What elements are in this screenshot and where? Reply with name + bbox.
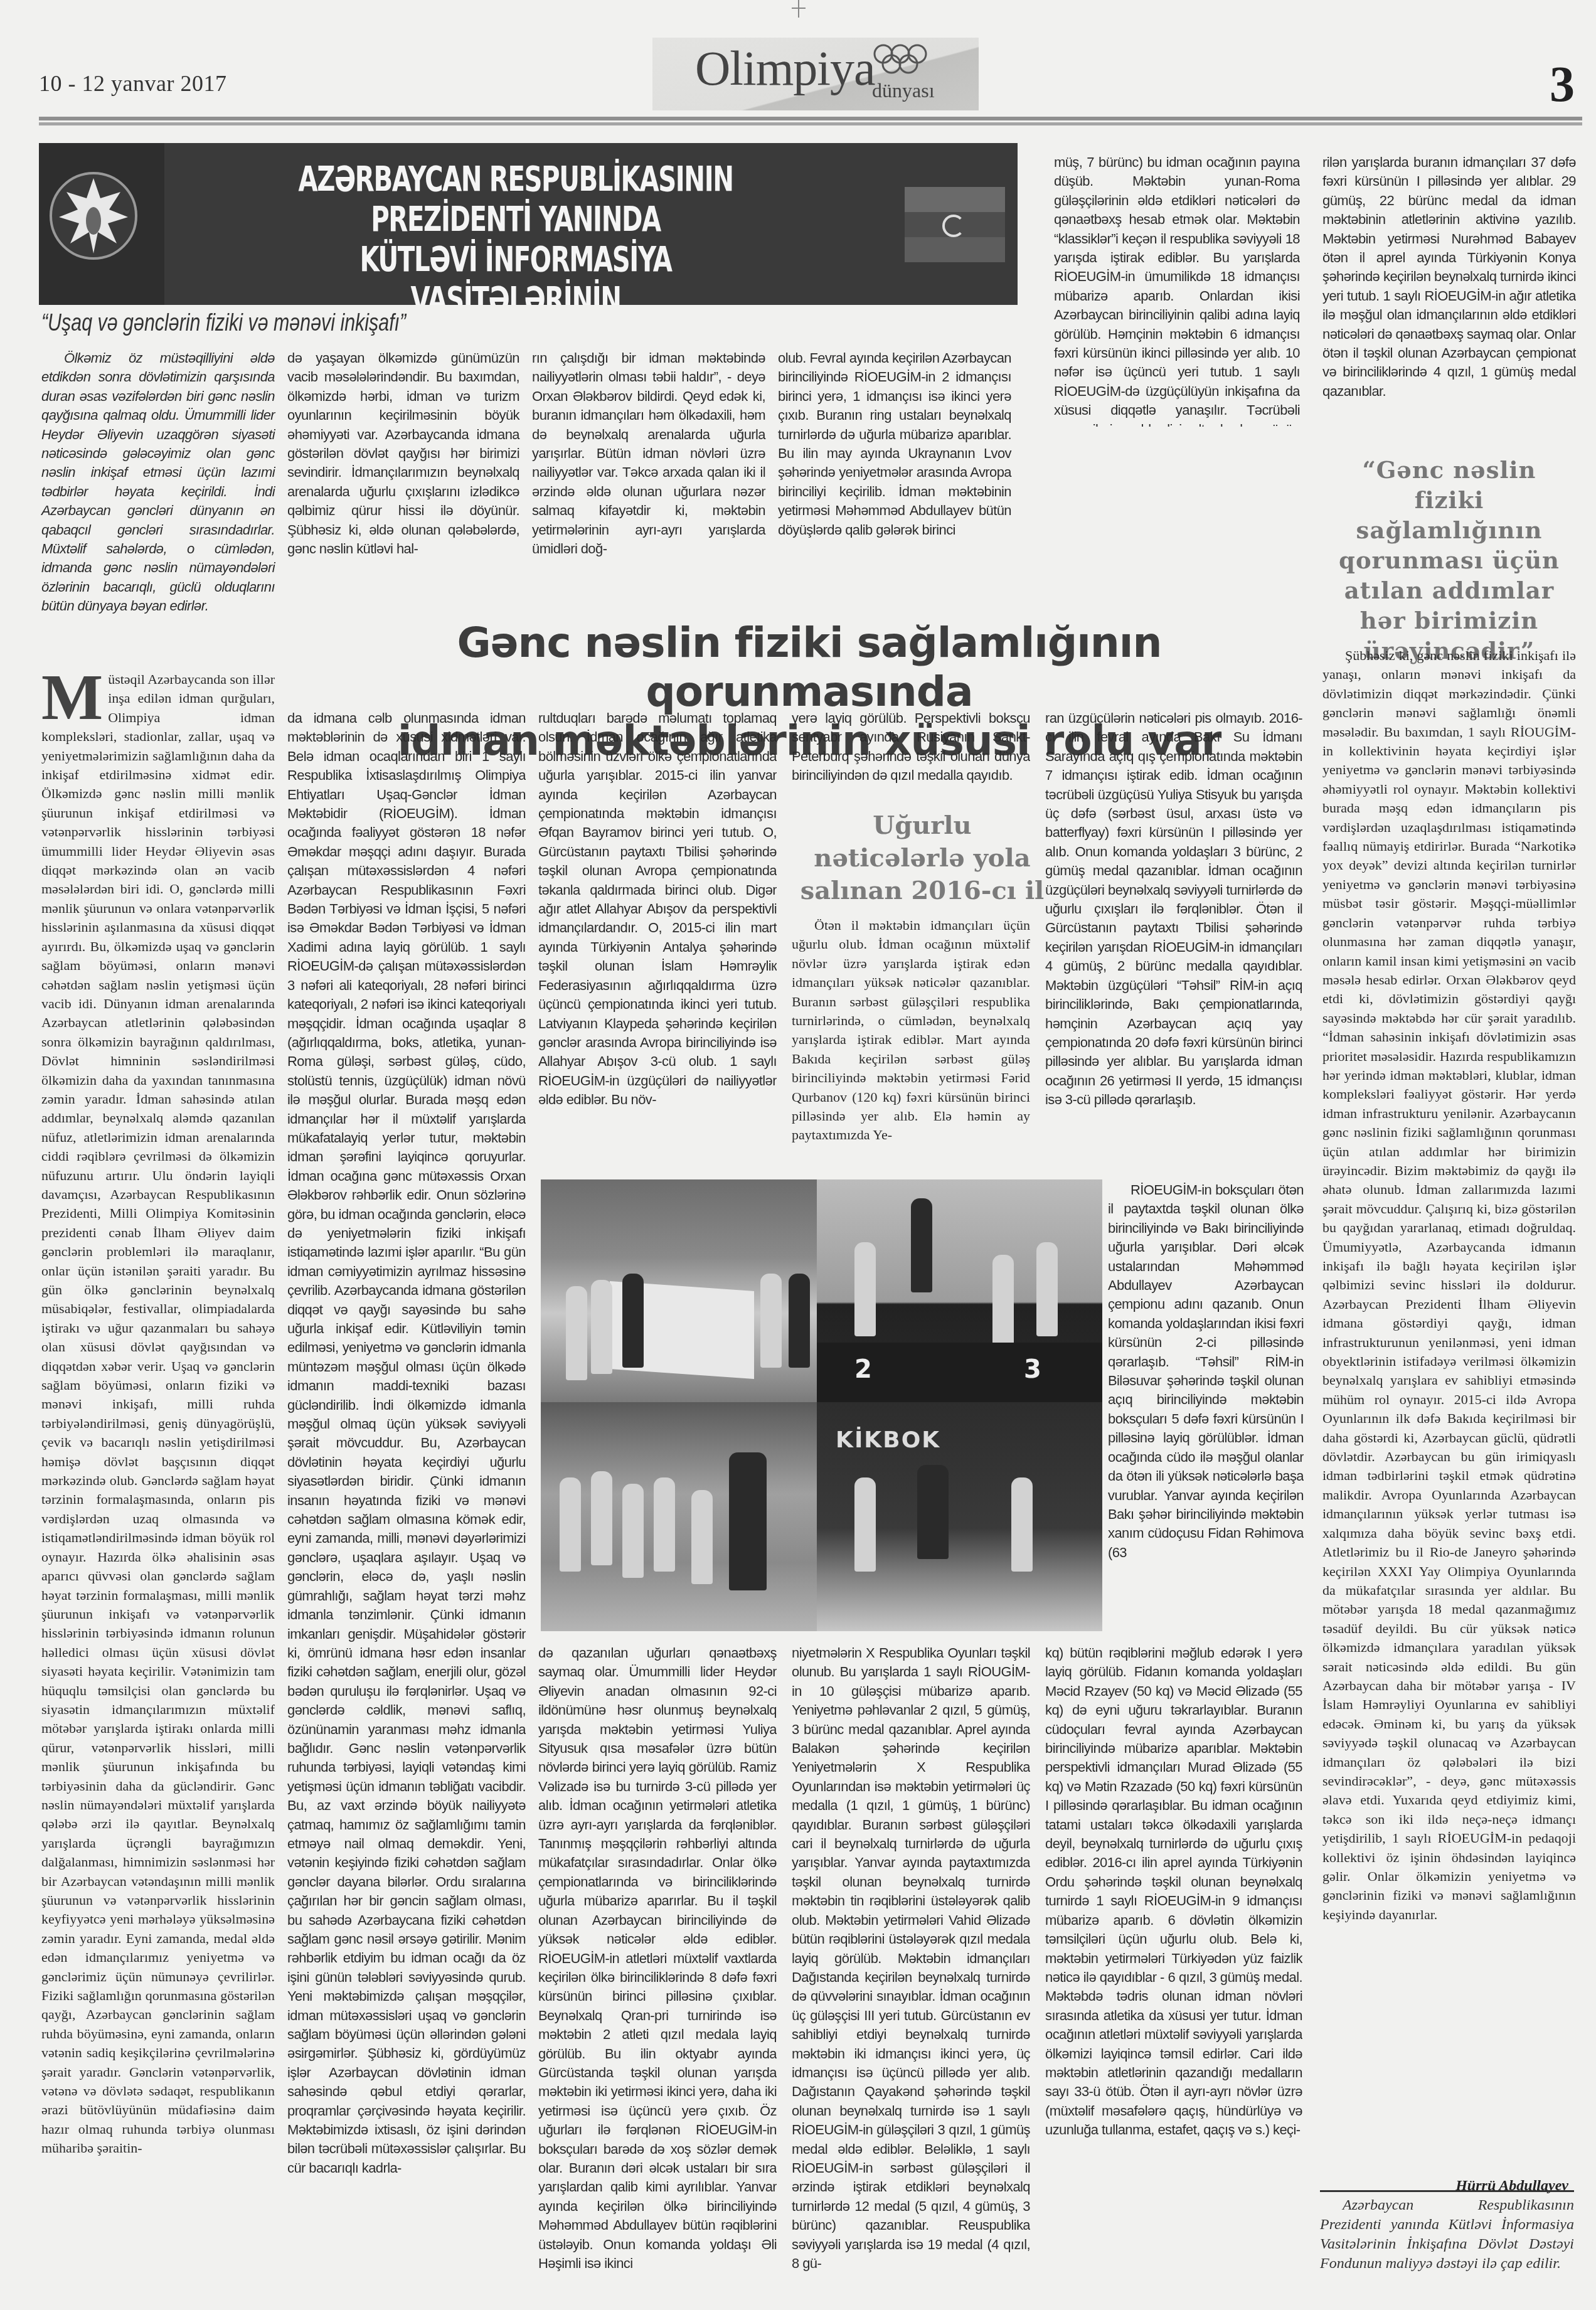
body-text: kq) bütün rəqiblərini məğlub edərək I ye… <box>1045 1644 1302 2140</box>
body-column-4-mid: Ötən il məktəbin idmançıları üçün uğurlu… <box>792 916 1030 1173</box>
pull-quote: “Gənc nəslin fiziki sağlamlığının qorunm… <box>1324 455 1575 666</box>
intro-column: Ölkəmiz öz müstəqilliyini əldə etdikdən … <box>41 349 275 616</box>
body-column-3-bottom: də qazanılan uğurları qənaətbəxş saymaq … <box>538 1644 777 2290</box>
issue-date: 10 - 12 yanvar 2017 <box>39 70 226 97</box>
body-column-4-top: yerə layiq görülüb. Perspektivli boksçu … <box>792 709 1030 816</box>
right-column-b: rilən yarışlarda buranın idmançıları 37 … <box>1322 153 1576 448</box>
photo-judo-team-with-flag <box>541 1179 817 1402</box>
sponsor-note: Azərbaycan Respublikasının Prezidenti ya… <box>1320 2196 1574 2274</box>
top-column-3: olub. Fevral ayında keçirilən Azərbaycan… <box>778 349 1011 540</box>
right-column-text: Şübhəsiz ki, gənc nəslin fiziki inkişafı… <box>1322 646 1576 1924</box>
right-column-b2: Şübhəsiz ki, gənc nəslin fiziki inkişafı… <box>1322 646 1576 2089</box>
competition-sign: KİKBOK <box>836 1427 940 1453</box>
fund-banner: AZƏRBAYCAN RESPUBLİKASININ PREZİDENTİ YA… <box>39 143 1018 305</box>
sponsor-text: Azərbaycan Respublikasının Prezidenti ya… <box>1320 2196 1574 2274</box>
section-subheading: Uğurlu nəticələrlə yola salınan 2016-cı … <box>797 809 1048 907</box>
body-column-5-mid: RİOEUGİM-in boksçuları ötən il paytaxtda… <box>1108 1181 1304 1632</box>
banner-line-2: KÜTLƏVİ İNFORMASİYA VASİTƏLƏRİNİN <box>267 240 764 305</box>
photo-swim-team <box>541 1402 817 1631</box>
top-column-text: olub. Fevral ayında keçirilən Azərbaycan… <box>778 349 1011 540</box>
logo-name: Olimpiya <box>695 40 875 97</box>
body-text: ran üzgüçülərin nəticələri pis olmayıb. … <box>1045 709 1302 1110</box>
body-column-3-top: rultduqları barədə məlumatı toplamaq ols… <box>538 709 777 1173</box>
photo-weightlifting-competition: KİKBOK <box>817 1402 1102 1631</box>
body-column-5-top: ran üzgüçülərin nəticələri pis olmayıb. … <box>1045 709 1302 1179</box>
body-column-5-bottom: kq) bütün rəqiblərini məğlub edərək I ye… <box>1045 1644 1302 2290</box>
crescent-icon <box>942 215 965 237</box>
right-column-a: müş, 7 bürünc) bu idman ocağının payına … <box>1054 153 1300 427</box>
podium-label: 3 <box>1024 1355 1041 1384</box>
intro-text: Ölkəmiz öz müstəqilliyini əldə etdikdən … <box>41 349 275 616</box>
top-column-2: rın çalışdığı bir idman məktəbində naili… <box>532 349 765 558</box>
photo-collage: 2 3 KİKBOK <box>541 1179 1102 1631</box>
crop-mark <box>792 8 806 9</box>
body-column-2: da idmana cəlb olunmasında idman məktəbl… <box>287 709 526 2290</box>
state-emblem-icon <box>46 166 141 266</box>
page-number: 3 <box>1550 56 1575 114</box>
newspaper-page: 10 - 12 yanvar 2017 Olimpiya dünyası 3 A… <box>0 0 1596 2310</box>
headline-line-1: Gənc nəslin fiziki sağlamlığının qorunma… <box>295 619 1324 716</box>
photo-podium-ceremony: 2 3 <box>817 1179 1102 1402</box>
body-text: Ötən il məktəbin idmançıları üçün uğurlu… <box>792 916 1030 1145</box>
drop-cap: M <box>41 673 103 723</box>
body-text: üstəqil Azərbaycanda son illər inşa edil… <box>41 671 275 2156</box>
masthead-rule <box>39 117 1582 125</box>
byline-rule <box>1320 2190 1574 2192</box>
podium-label: 2 <box>854 1355 872 1384</box>
body-column-1: M üstəqil Azərbaycanda son illər inşa ed… <box>41 670 275 2289</box>
banner-line-1: AZƏRBAYCAN RESPUBLİKASININ PREZİDENTİ YA… <box>267 159 764 240</box>
banner-title: AZƏRBAYCAN RESPUBLİKASININ PREZİDENTİ YA… <box>267 159 764 305</box>
intro-heading: “Uşaq və gənclərin fiziki və mənəvi inki… <box>41 310 406 337</box>
body-text: RİOEUGİM-in boksçuları ötən il paytaxtda… <box>1108 1181 1304 1562</box>
azerbaijan-flag-icon <box>905 187 1005 262</box>
top-column-text: rın çalışdığı bir idman məktəbində naili… <box>532 349 765 558</box>
body-text: yerə layiq görülüb. Perspektivli boksçu … <box>792 709 1030 785</box>
top-column-1: də yaşayan ölkəmizdə günümüzün vacib məs… <box>287 349 519 558</box>
body-column-4-bottom: niyetmələrin X Respublika Oyunları təşki… <box>792 1644 1030 2290</box>
body-text: də qazanılan uğurları qənaətbəxş saymaq … <box>538 1644 777 2273</box>
logo-subtitle: dünyası <box>872 79 935 102</box>
olympic-rings-icon <box>872 43 928 80</box>
crop-mark <box>798 0 799 18</box>
right-column-text: müş, 7 bürünc) bu idman ocağının payına … <box>1054 153 1300 427</box>
body-text: rultduqları barədə məlumatı toplamaq ols… <box>538 709 777 1110</box>
body-text: da idmana cəlb olunmasında idman məktəbl… <box>287 709 526 2178</box>
body-text: niyetmələrin X Respublika Oyunları təşki… <box>792 1644 1030 2273</box>
right-column-text: rilən yarışlarda buranın idmançıları 37 … <box>1322 153 1576 401</box>
top-column-text: də yaşayan ölkəmizdə günümüzün vacib məs… <box>287 349 519 558</box>
newspaper-logo: Olimpiya dünyası <box>652 38 979 110</box>
